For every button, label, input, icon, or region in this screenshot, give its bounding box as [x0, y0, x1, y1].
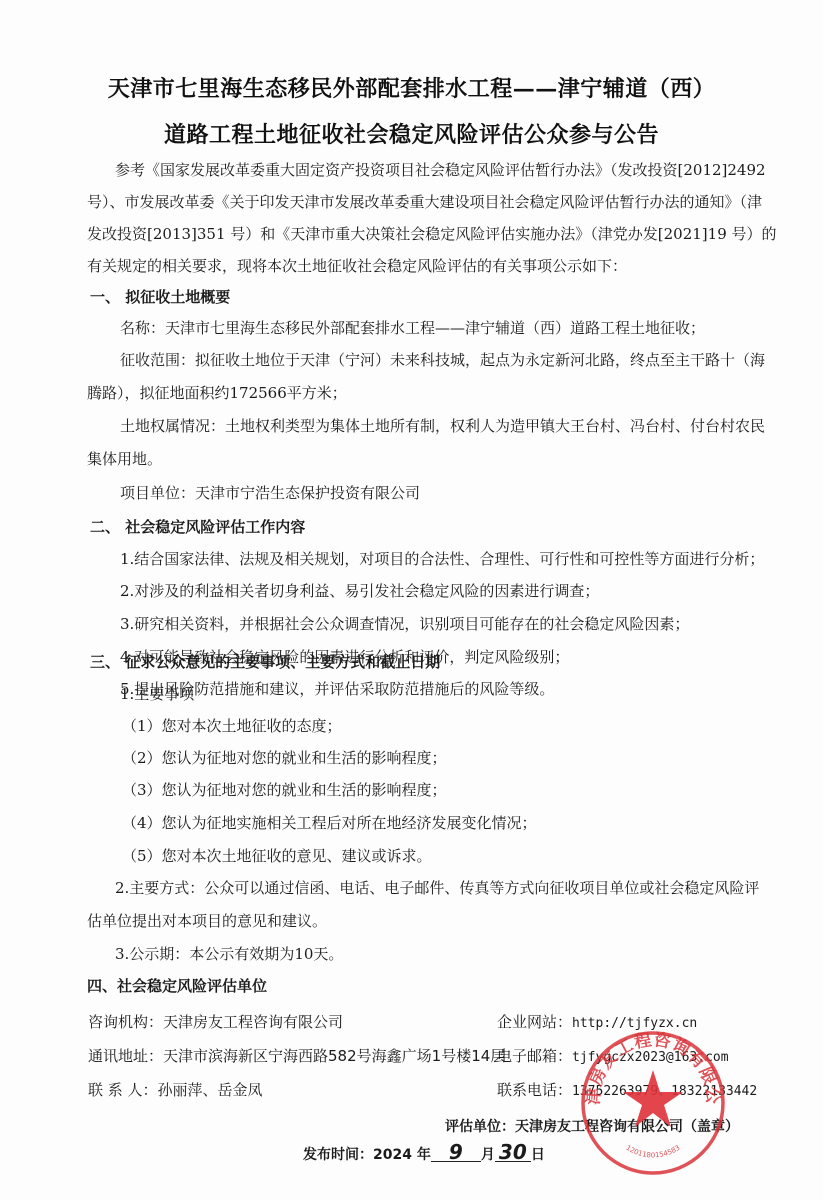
section2-heading: 二、 社会稳定风险评估工作内容 [90, 517, 305, 537]
section4-heading: 四、社会稳定风险评估单位 [87, 976, 267, 996]
section1-scope-line2: 腾路），拟征地面积约172566平方米； [87, 383, 347, 403]
intro-line-3: 发改投资[2013]351 号）和《天津市重大决策社会稳定风险评估实施办法》（津… [87, 224, 735, 244]
section1-scope-line1: 征收范围：拟征收土地位于天津（宁河）未来科技城，起点为永定新河北路，终点至主干路… [120, 350, 735, 370]
evaluation-unit-signature: 评估单位：天津房友工程咨询有限公司（盖章） [445, 1117, 739, 1137]
section3-sub2-line1: 2.主要方式：公众可以通过信函、电话、电子邮件、传真等方式向征收项目单位或社会稳… [115, 878, 735, 898]
section3-item-1: （1）您对本次土地征收的态度； [122, 716, 342, 736]
consulting-org: 咨询机构：天津房友工程咨询有限公司 [88, 1012, 343, 1032]
company-phone-value: 13752263979、18322133442 [572, 1084, 757, 1099]
document-page: 天津市七里海生态移民外部配套排水工程——津宁辅道（西） 道路工程土地征收社会稳定… [0, 0, 823, 1200]
contact-person: 联 系 人：孙丽萍、岳金凤 [88, 1080, 263, 1100]
publish-day: 30 [495, 1143, 531, 1162]
mailing-address: 通讯地址：天津市滨海新区宁海西路582号海鑫广场1号楼14层 [88, 1046, 505, 1066]
section2-item-2: 2.对涉及的利益相关者切身利益、易引发社会稳定风险的因素进行调查； [120, 581, 599, 601]
mailing-address-label: 通讯地址： [88, 1047, 163, 1065]
publish-month-suffix: 月 [481, 1147, 495, 1163]
intro-line-4: 有关规定的相关要求，现将本次土地征收社会稳定风险评估的有关事项公示如下： [87, 256, 627, 276]
section2-item-1: 1.结合国家法律、法规及相关规划，对项目的合法性、合理性、可行性和可控性等方面进… [120, 549, 764, 569]
publish-date: 发布时间：2024 年9月30日 [303, 1143, 545, 1165]
intro-line-1: 参考《国家发展改革委重大固定资产投资项目社会稳定风险评估暂行办法》（发改投资[2… [115, 160, 708, 180]
consulting-org-label: 咨询机构： [88, 1013, 163, 1031]
document-title-line2: 道路工程土地征收社会稳定风险评估公众参与公告 [0, 118, 823, 149]
section1-ownership-line2: 集体用地。 [87, 449, 162, 469]
contact-person-label: 联 系 人： [88, 1081, 158, 1099]
section3-item-4: （4）您认为征地实施相关工程后对所在地经济发展变化情况； [122, 813, 537, 833]
consulting-org-value: 天津房友工程咨询有限公司 [163, 1013, 343, 1031]
section3-item-3: （3）您认为征地对您的就业和生活的影响程度； [122, 780, 447, 800]
section1-project-unit: 项目单位：天津市宁浩生态保护投资有限公司 [120, 483, 420, 503]
company-phone: 联系电话：13752263979、18322133442 [497, 1080, 757, 1102]
section3-sub3: 3.公示期：本公示有效期为10天。 [115, 944, 343, 964]
section3-sub1: 1.主要事项 [120, 684, 194, 704]
company-email-label: 电子邮箱： [497, 1047, 572, 1065]
intro-line-2: 号）、市发展改革委《关于印发天津市发展改革委重大建设项目社会稳定风险评估暂行办法… [87, 192, 735, 212]
company-email: 电子邮箱：tjfygczx2023@163.com [497, 1046, 729, 1068]
document-title-line1: 天津市七里海生态移民外部配套排水工程——津宁辅道（西） [0, 72, 823, 103]
company-website-label: 企业网站： [497, 1013, 572, 1031]
svg-text:1201180154583: 1201180154583 [624, 1144, 681, 1160]
company-phone-label: 联系电话： [497, 1081, 572, 1099]
section1-ownership-line1: 土地权属情况：土地权利类型为集体土地所有制，权利人为造甲镇大王台村、冯台村、付台… [120, 416, 735, 436]
publish-date-label: 发布时间：2024 年 [303, 1147, 431, 1163]
section3-sub2-line2: 估单位提出对本项目的意见和建议。 [87, 911, 327, 931]
contact-person-value: 孙丽萍、岳金凤 [158, 1081, 263, 1099]
section1-name: 名称：天津市七里海生态移民外部配套排水工程——津宁辅道（西）道路工程土地征收； [120, 318, 705, 338]
company-website: 企业网站：http://tjfyzx.cn [497, 1012, 697, 1034]
section3-heading: 三、 征求公众意见的主要事项、主要方式和截止日期 [90, 652, 440, 672]
publish-month: 9 [431, 1143, 481, 1162]
section1-heading: 一、 拟征收土地概要 [90, 287, 230, 307]
mailing-address-value: 天津市滨海新区宁海西路582号海鑫广场1号楼14层 [163, 1047, 505, 1065]
company-website-link[interactable]: http://tjfyzx.cn [572, 1016, 697, 1031]
company-email-link[interactable]: tjfygczx2023@163.com [572, 1050, 729, 1065]
section2-item-3: 3.研究相关资料，并根据社会公众调查情况，识别项目可能存在的社会稳定风险因素； [120, 614, 689, 634]
publish-day-suffix: 日 [531, 1147, 545, 1163]
section3-item-5: （5）您对本次土地征收的意见、建议或诉求。 [122, 846, 432, 866]
section3-item-2: （2）您认为征地对您的就业和生活的影响程度； [122, 748, 447, 768]
